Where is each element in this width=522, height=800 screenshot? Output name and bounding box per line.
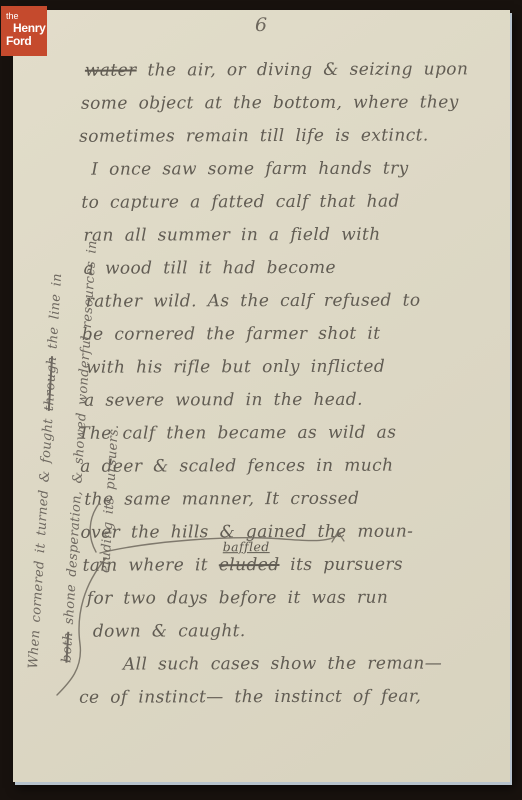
handwritten-text: its pursuers: [279, 555, 403, 575]
struck-word: both: [59, 631, 76, 663]
logo-word-the: the: [6, 12, 19, 21]
manuscript-line: All such cases show the reman—: [123, 647, 499, 681]
manuscript-line: water the air, or diving & seizing upon: [85, 53, 497, 87]
struck-word-with-insertion: eludedbaffled: [219, 555, 280, 575]
page-number: 6: [0, 14, 522, 36]
struck-word: through: [42, 356, 60, 412]
inserted-word: baffled: [223, 541, 270, 553]
manuscript-line: over the hills & gained the moun-: [80, 515, 498, 549]
handwritten-text: eluding its pursuers.: [98, 424, 122, 573]
manuscript-line: down & caught.: [93, 614, 499, 648]
manuscript-line: a deer & scaled fences in much: [80, 449, 498, 483]
manuscript-line: The calf then became as wild as: [78, 416, 498, 450]
manuscript-line: for two days before it was run: [87, 581, 499, 615]
struck-word: water: [85, 61, 137, 81]
handwritten-text: the air, or diving & seizing upon: [137, 59, 469, 80]
manuscript-line: ce of instinct— the instinct of fear,: [79, 680, 499, 714]
handwritten-text: ce of instinct— the instinct of fear,: [79, 687, 421, 708]
manuscript-line: be cornered the farmer shot it: [82, 317, 498, 351]
manuscript-line: the same manner, It crossed: [84, 482, 498, 516]
manuscript-line: rather wild. As the calf refused to: [86, 284, 498, 318]
manuscript-line: a severe wound in the head.: [84, 383, 498, 417]
logo-word-henry: Henry: [13, 22, 46, 34]
henry-ford-logo: the Henry Ford: [1, 6, 47, 56]
manuscript-line: tain where it eludedbaffled its pursuers: [83, 548, 499, 582]
handwritten-text: All such cases show the reman—: [123, 653, 442, 674]
logo-word-ford: Ford: [6, 35, 31, 47]
handwritten-text: for two days before it was run: [87, 588, 388, 609]
manuscript-line: with his rifle but only inflicted: [86, 350, 498, 384]
handwritten-text: the line in: [45, 273, 65, 357]
